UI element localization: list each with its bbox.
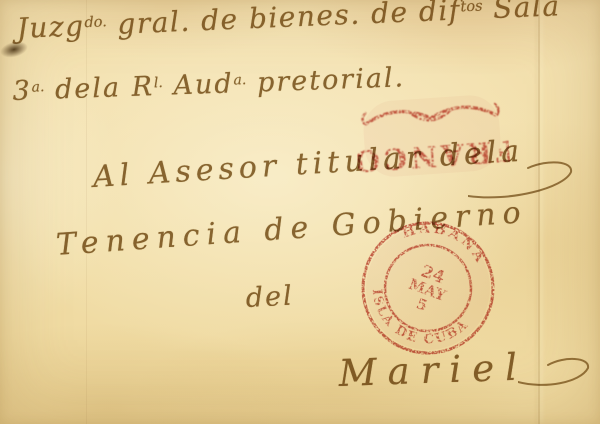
docket-superscript: tos	[460, 0, 483, 15]
docket-text-segment: 3	[12, 75, 32, 107]
docket-text-segment: dela R	[44, 71, 155, 106]
address-line-3: del	[245, 280, 294, 313]
docket-text-segment: Juzg	[16, 9, 85, 45]
docket-line-2: 3a. dela Rl. Auda. pretorial.	[12, 62, 406, 107]
docket-text-segment: Aud	[162, 68, 234, 101]
docket-line-1: Juzgdo. gral. de bienes. de diftos Sala	[16, 0, 561, 45]
habana-datestamp: HABANA ISLA DE CUBA 24 MAY 5	[358, 218, 498, 358]
letter-cover-scan: Juzgdo. gral. de bienes. de diftos Sala …	[0, 0, 600, 424]
docket-superscript: a.	[31, 79, 44, 95]
flourish-curve	[518, 359, 588, 385]
franco-stamp: FRANCO	[353, 85, 511, 187]
docket-superscript: do.	[84, 13, 107, 31]
docket-text-segment: Sala	[482, 0, 561, 25]
fold-crease-faint	[86, 0, 87, 424]
docket-superscript: a.	[233, 72, 246, 88]
pen-flourish	[518, 352, 596, 394]
docket-text-segment: gral. de bienes. de dif	[106, 0, 461, 41]
